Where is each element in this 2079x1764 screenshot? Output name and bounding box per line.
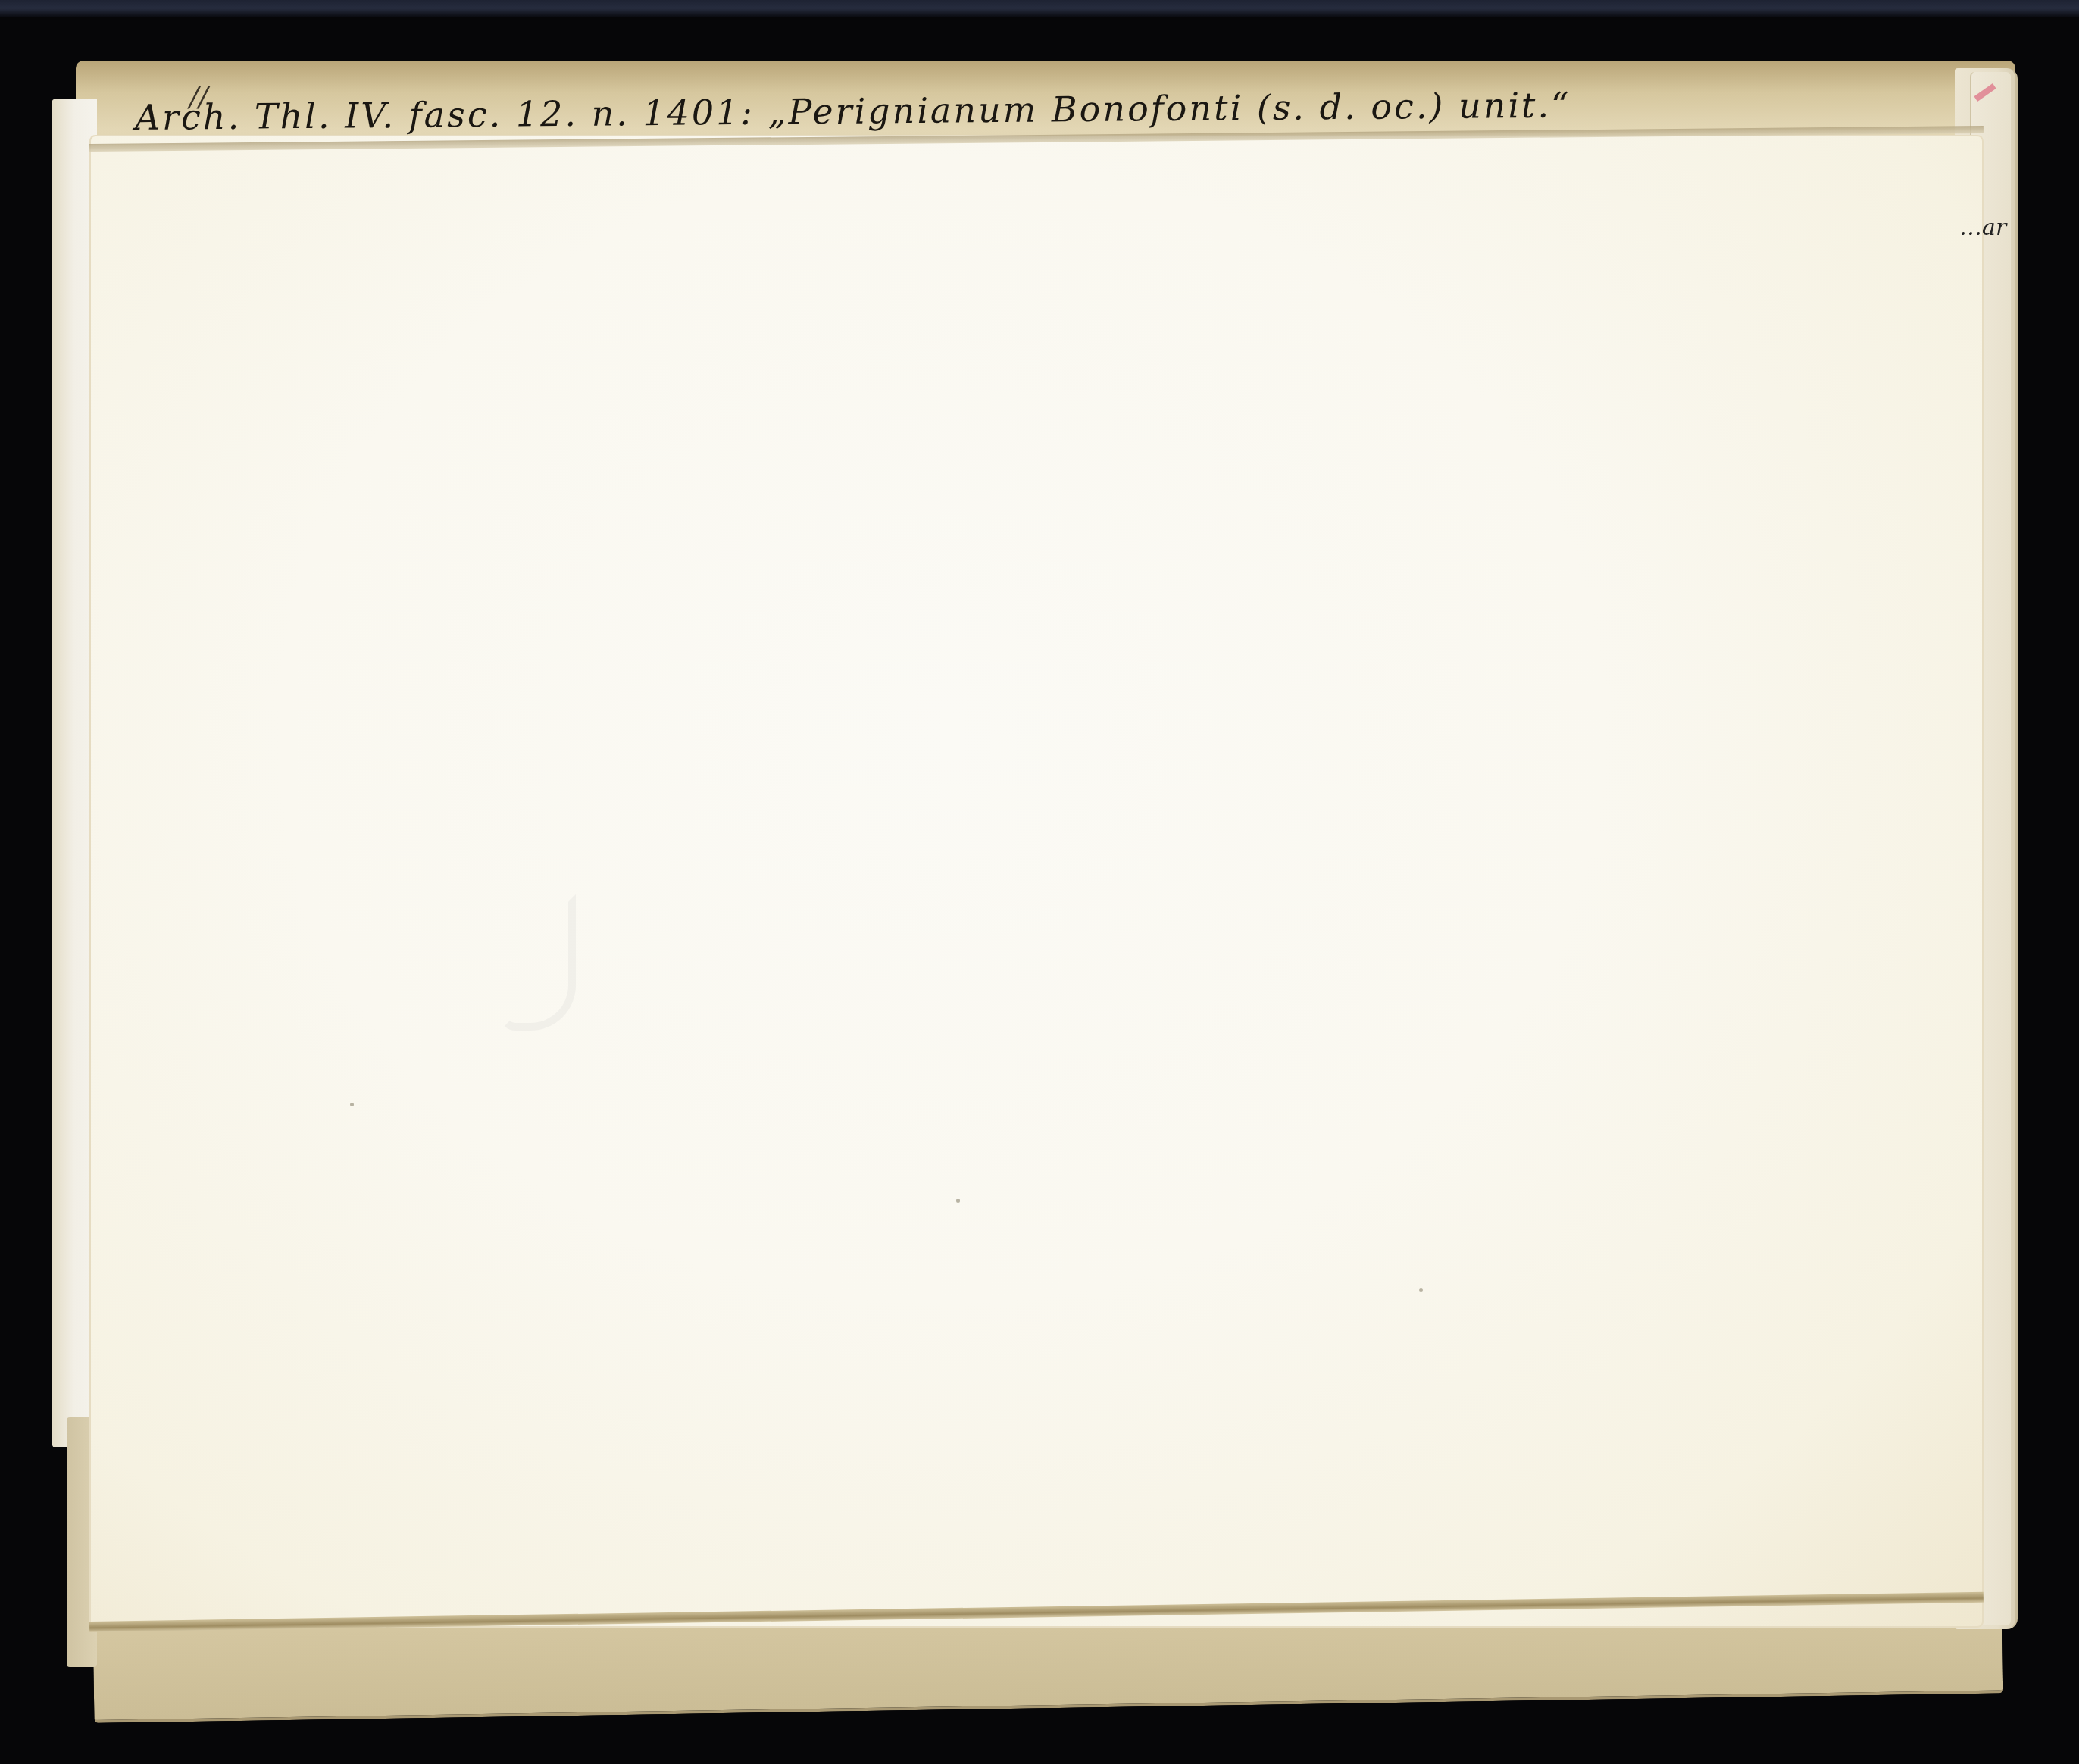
document-photo: // Arch. Thl. IV. fasc. 12. n. 1401: „Pe… bbox=[0, 0, 2079, 1764]
paper-speck bbox=[1419, 1288, 1423, 1292]
paper-speck bbox=[350, 1102, 354, 1106]
backdrop-cloth bbox=[0, 0, 2079, 17]
front-page bbox=[89, 135, 1984, 1628]
paper-speck bbox=[956, 1199, 960, 1203]
margin-text-fragment: …ar bbox=[1959, 214, 2006, 241]
faint-show-through-mark bbox=[500, 894, 576, 1031]
